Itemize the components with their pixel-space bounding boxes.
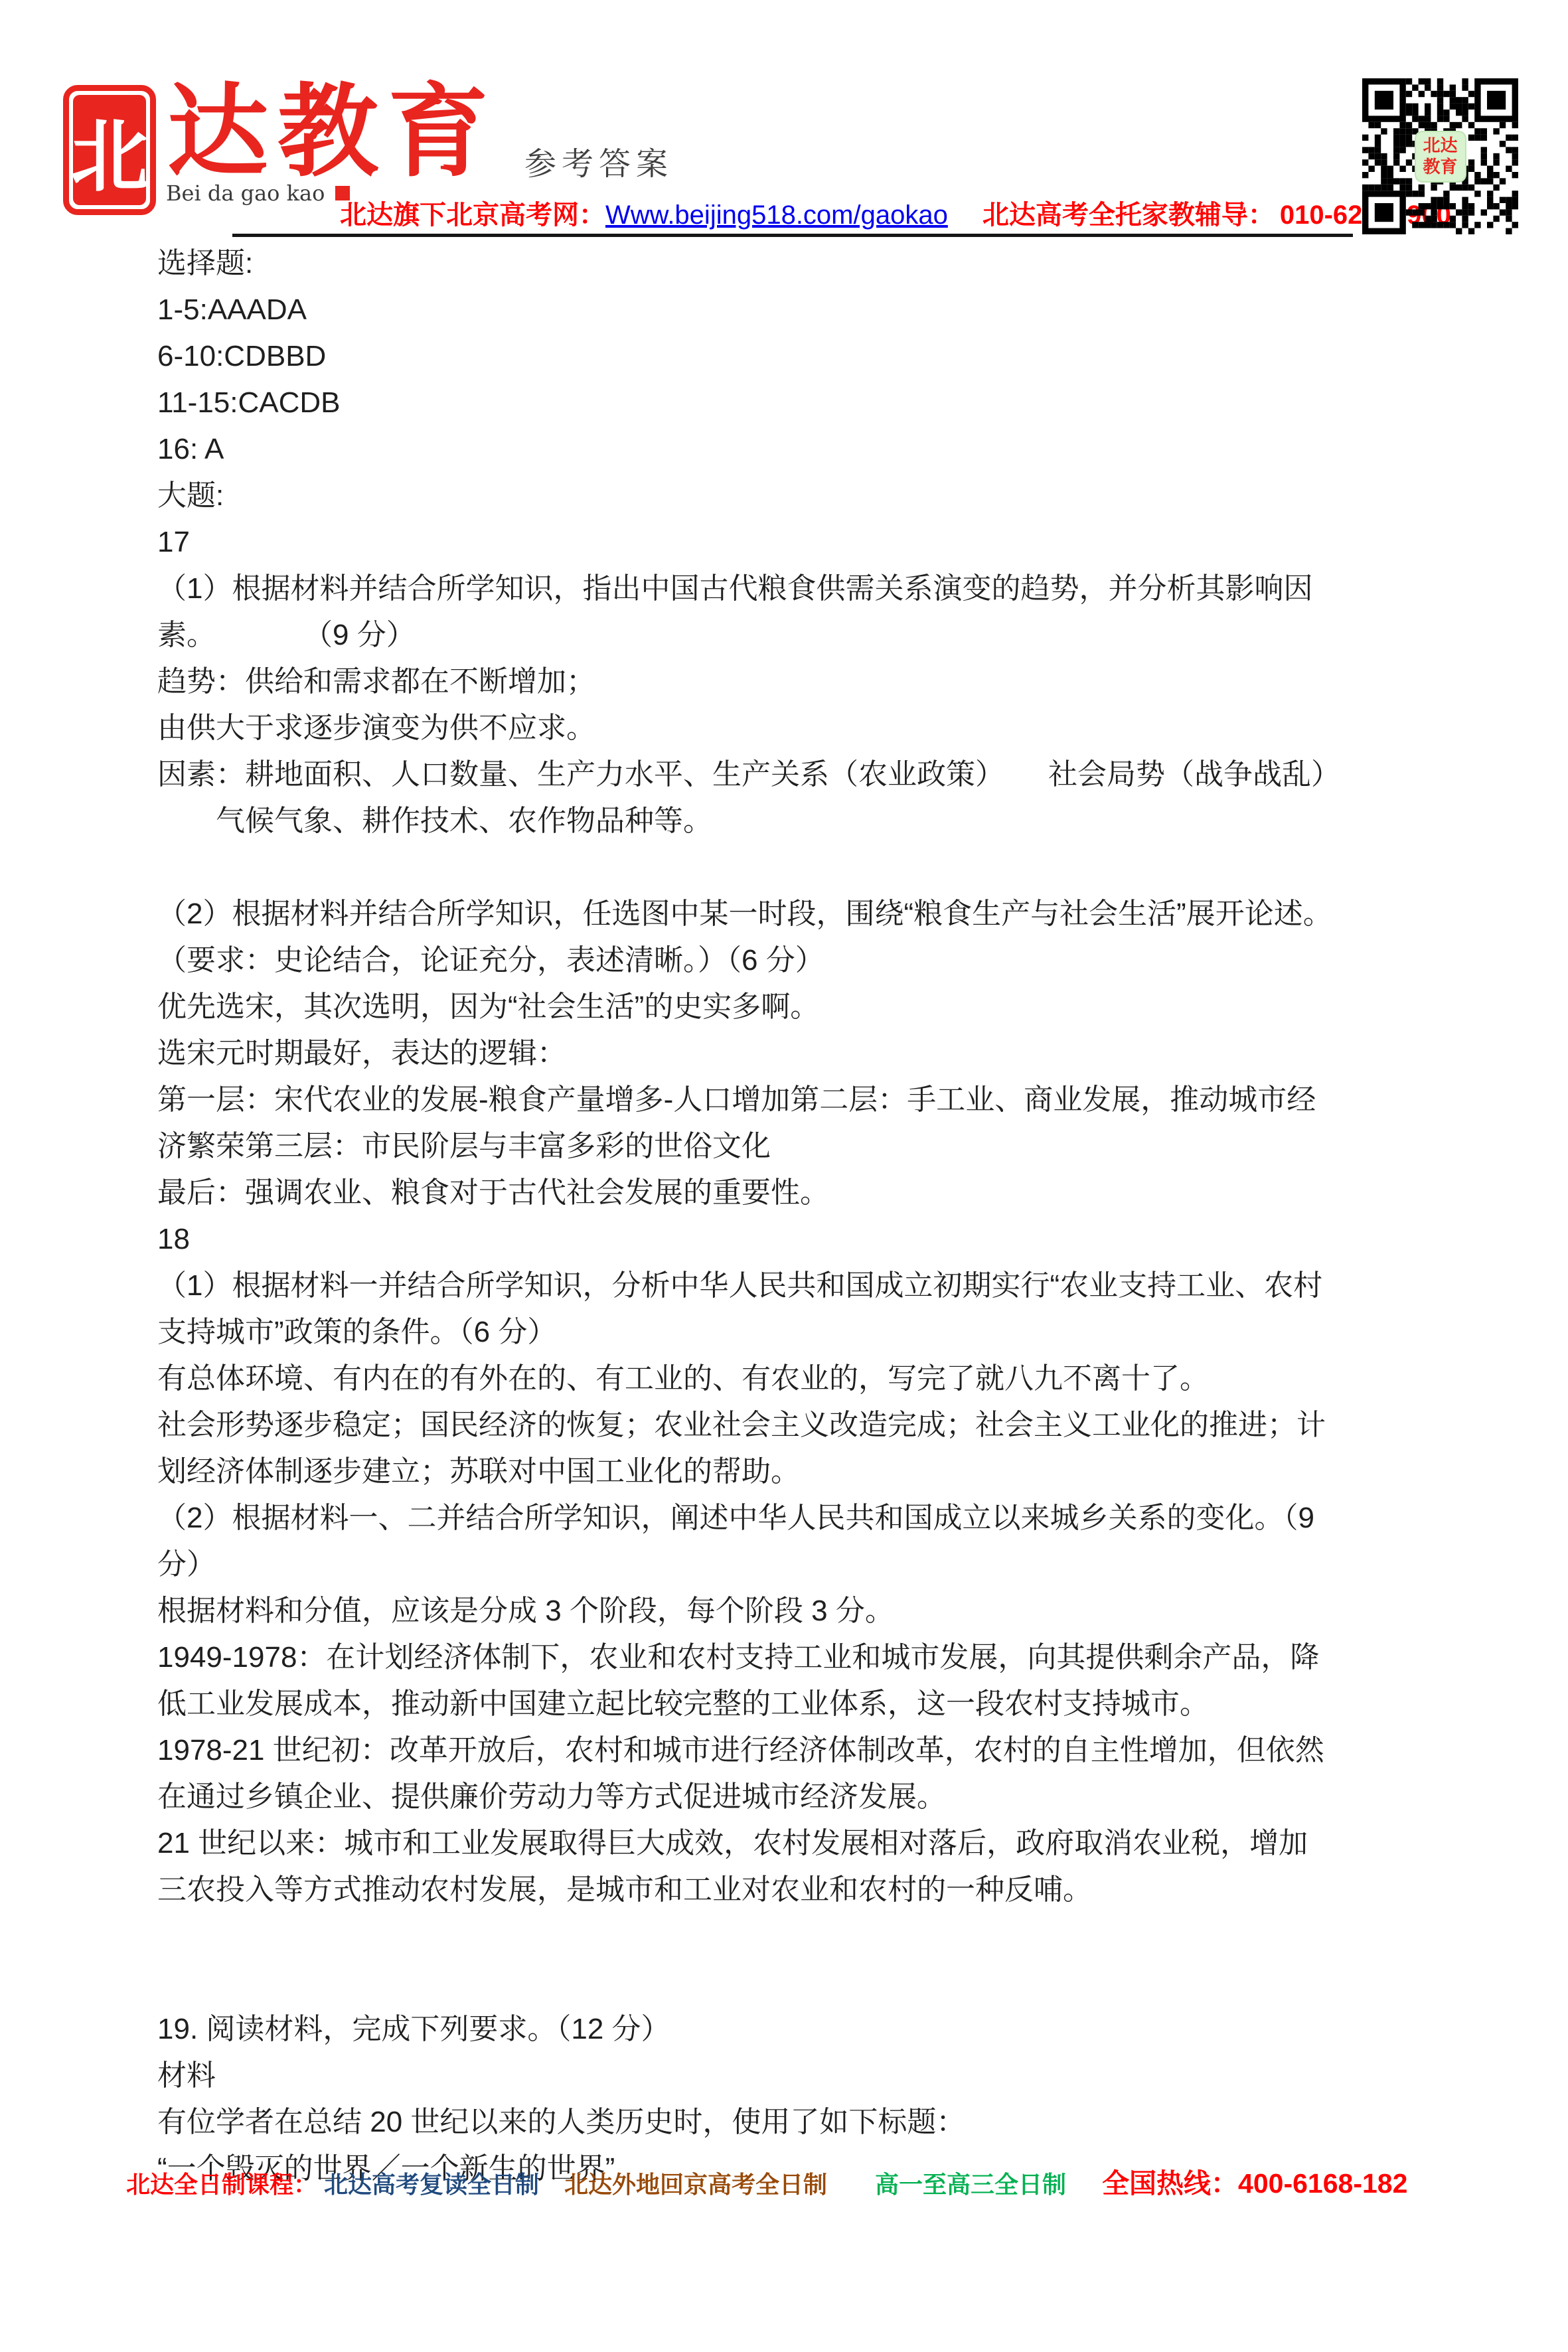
answers-body: 选择题:1-5:AAADA6-10:CDBBD11-15:CACDB16: A大… <box>157 240 1422 2192</box>
answer-line: 分） <box>157 1541 1422 1588</box>
tagline-text: Bei da gao kao <box>166 181 325 206</box>
answer-line: 社会形势逐步稳定；国民经济的恢复；农业社会主义改造完成；社会主义工业化的推进；计 <box>157 1402 1422 1449</box>
gaokao-site-link[interactable]: Www.beijing518.com/gaokao <box>605 200 948 230</box>
answer-line: 材料 <box>157 2053 1422 2099</box>
answer-sheet-page: 北 达教育 Bei da gao kao 参考答案 北达旗下北京高考网： Www… <box>0 0 1568 2352</box>
answer-line: 气候气象、耕作技术、农作物品种等。 <box>157 798 1422 844</box>
qr-center-logo: 北达 教育 <box>1415 131 1466 183</box>
answer-line: 19. 阅读材料，完成下列要求。（12 分） <box>157 2006 1422 2053</box>
answer-line: 16: A <box>157 426 1422 473</box>
answer-line: 三农投入等方式推动农村发展，是城市和工业对农业和农村的一种反哺。 <box>157 1867 1422 1913</box>
footer-nonlocal-program: 北达外地回京高考全日制 <box>564 2166 827 2200</box>
answer-line: 划经济体制逐步建立；苏联对中国工业化的帮助。 <box>157 1449 1422 1495</box>
answer-line: （1）根据材料一并结合所学知识，分析中华人民共和国成立初期实行“农业支持工业、农… <box>157 1263 1422 1309</box>
answer-line: 11-15:CACDB <box>157 380 1422 426</box>
answer-line <box>157 844 1422 891</box>
answer-line: 1978-21 世纪初：改革开放后，农村和城市进行经济体制改革，农村的自主性增加… <box>157 1727 1422 1774</box>
answer-line: （2）根据材料一、二并结合所学知识，阐述中华人民共和国成立以来城乡关系的变化。（… <box>157 1495 1422 1541</box>
answer-line: 选宋元时期最好，表达的逻辑： <box>157 1030 1422 1077</box>
brand-tagline: Bei da gao kao <box>166 181 350 206</box>
answer-line: 低工业发展成本，推动新中国建立起比较完整的工业体系，这一段农村支持城市。 <box>157 1681 1422 1727</box>
answer-line: 由供大于求逐步演变为供不应求。 <box>157 705 1422 751</box>
answer-line: 大题: <box>157 473 1422 519</box>
footer-fulltime-label: 北达全日制课程： <box>126 2166 317 2200</box>
answer-line: 21 世纪以来：城市和工业发展取得巨大成效，农村发展相对落后，政府取消农业税，增… <box>157 1820 1422 1867</box>
answer-line: 第一层：宋代农业的发展-粮食产量增多-人口增加第二层：手工业、商业发展，推动城市… <box>157 1077 1422 1123</box>
answer-line: 18 <box>157 1216 1422 1263</box>
answer-line: 支持城市”政策的条件。（6 分） <box>157 1309 1422 1356</box>
answer-line: 选择题: <box>157 240 1422 287</box>
tutor-label: 北达高考全托家教辅导： <box>982 194 1275 232</box>
answer-line: 有总体环境、有内在的有外在的、有工业的、有农业的，写完了就八九不离十了。 <box>157 1356 1422 1402</box>
answer-line: 1949-1978：在计划经济体制下，农业和农村支持工业和城市发展，向其提供剩余… <box>157 1634 1422 1681</box>
footer-hotline: 全国热线：400-6168-182 <box>1102 2161 1407 2201</box>
answer-line: 17 <box>157 519 1422 566</box>
header-divider <box>232 234 1353 237</box>
qr-logo-line2: 教育 <box>1423 157 1457 178</box>
seal-character: 北 <box>73 95 146 205</box>
page-title: 参考答案 <box>524 138 673 184</box>
qr-logo-line1: 北达 <box>1423 135 1457 157</box>
beida-seal-icon: 北 <box>63 85 156 215</box>
answer-line: 优先选宋，其次选明，因为“社会生活”的史实多啊。 <box>157 984 1422 1030</box>
answer-line: 6-10:CDBBD <box>157 333 1422 380</box>
footer-repeat-program: 北达高考复读全日制 <box>324 2166 539 2200</box>
answer-line: 趋势：供给和需求都在不断增加； <box>157 659 1422 705</box>
answer-line: 1-5:AAADA <box>157 287 1422 333</box>
header-contact-line: 北达旗下北京高考网： Www.beijing518.com/gaokao 北达高… <box>340 194 1451 232</box>
answer-line: （2）根据材料并结合所学知识，任选图中某一时段，围绕“粮食生产与社会生活”展开论… <box>157 891 1422 937</box>
answer-line: 最后：强调农业、粮食对于古代社会发展的重要性。 <box>157 1170 1422 1216</box>
answer-line: （1）根据材料并结合所学知识，指出中国古代粮食供需关系演变的趋势，并分析其影响因 <box>157 566 1422 612</box>
qr-code: 北达 教育 <box>1362 78 1518 234</box>
brand-calligraphy: 达教育 <box>167 78 498 185</box>
site-label: 北达旗下北京高考网： <box>340 194 605 232</box>
answer-line: 有位学者在总结 20 世纪以来的人类历史时，使用了如下标题： <box>157 2099 1422 2146</box>
answer-line <box>157 1913 1422 1960</box>
answer-line: （要求：史论结合，论证充分，表述清晰。）（6 分） <box>157 937 1422 984</box>
answer-line: 济繁荣第三层：市民阶层与丰富多彩的世俗文化 <box>157 1123 1422 1170</box>
answer-line <box>157 1960 1422 2006</box>
footer-grades-program: 高一至高三全日制 <box>875 2166 1066 2200</box>
page-footer: 北达全日制课程： 北达高考复读全日制 北达外地回京高考全日制 高一至高三全日制 … <box>126 2161 1407 2201</box>
answer-line: 素。 （9 分） <box>157 612 1422 659</box>
answer-line: 因素：耕地面积、人口数量、生产力水平、生产关系（农业政策） 社会局势（战争战乱） <box>157 751 1422 798</box>
answer-line: 根据材料和分值，应该是分成 3 个阶段，每个阶段 3 分。 <box>157 1588 1422 1634</box>
answer-line: 在通过乡镇企业、提供廉价劳动力等方式促进城市经济发展。 <box>157 1774 1422 1820</box>
